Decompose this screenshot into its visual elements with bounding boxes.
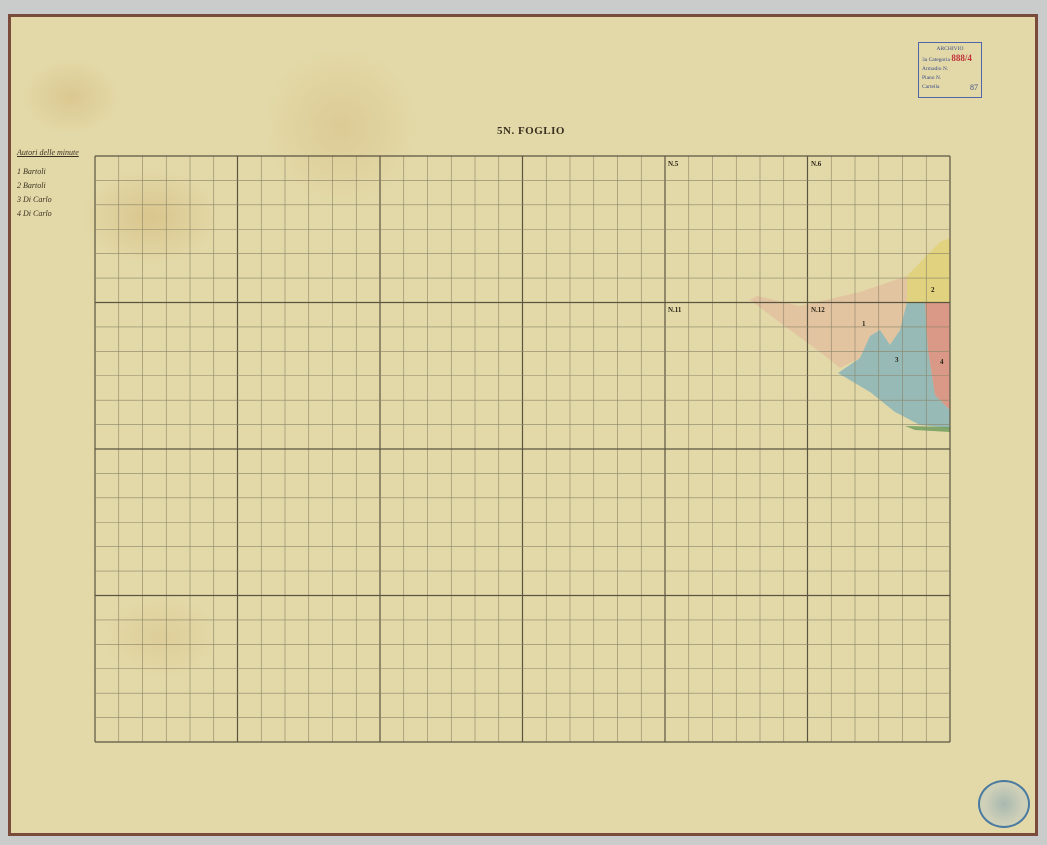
- sheet-index-label: N.11: [668, 306, 682, 314]
- region-label-3: 3: [895, 356, 899, 364]
- sheet-index-label: N.12: [811, 306, 825, 314]
- region-2: [907, 238, 950, 302]
- region-5: [905, 426, 950, 432]
- region-label-4: 4: [940, 358, 944, 366]
- region-label-1: 1: [862, 320, 866, 328]
- survey-grid: 2 1 3 4 N.5N.6N.11N.12: [0, 0, 1047, 845]
- sheet-index-label: N.5: [668, 160, 679, 168]
- sheet-index-label: N.6: [811, 160, 822, 168]
- survey-regions: [750, 238, 950, 432]
- region-label-2: 2: [931, 286, 935, 294]
